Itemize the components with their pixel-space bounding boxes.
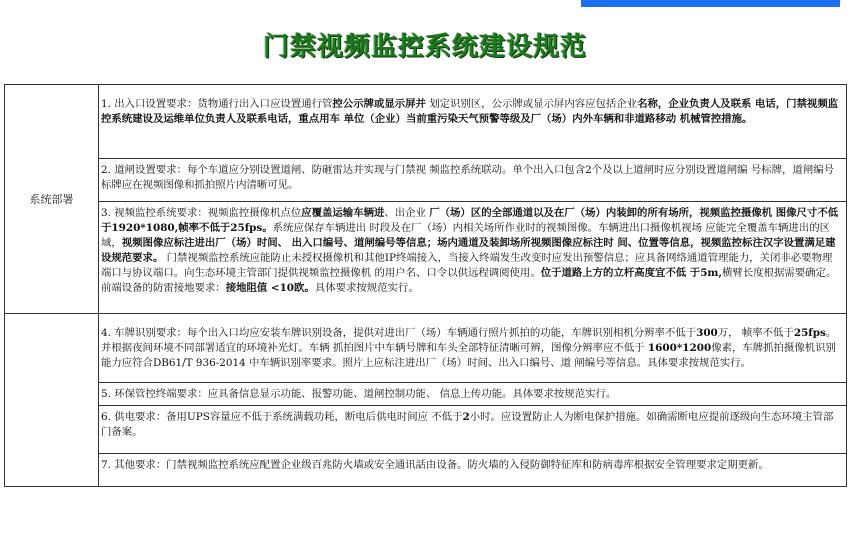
requirement-cell: 3. 视频监控系统要求：视频监控摄像机点位应覆盖运输车辆进、出企业 厂（场）区的… <box>99 202 847 314</box>
requirement-cell: 5. 环保管控终端要求：应具备信息显示功能、报警功能、道闸控制功能、 信息上传功… <box>99 383 847 406</box>
requirement-text: 、出企业 <box>384 207 429 219</box>
requirement-text: 具体要求按规范实行。 <box>315 282 419 294</box>
table-row: 3. 视频监控系统要求：视频监控摄像机点位应覆盖运输车辆进、出企业 厂（场）区的… <box>5 202 847 314</box>
requirement-text: 25fps <box>794 327 826 339</box>
requirement-text: 2 <box>463 411 470 423</box>
requirement-text: 划定识别区，公示牌或显示屏内容应包括企业 <box>426 98 637 110</box>
table-row: 7. 其他要求：门禁视频监控系统应配置企业级百兆防火墙或安全通讯話由设备。防火墙… <box>5 454 847 487</box>
requirement-text: 位于道路上方的立杆高度宜不低 于5m, <box>541 267 722 279</box>
requirement-text: 300 <box>696 327 718 339</box>
requirement-cell: 4. 车牌识别要求：每个出入口均应安装车牌识别设备，提供对进出厂（场）车辆通行照… <box>99 314 847 383</box>
table-row: 4. 车牌识别要求：每个出入口均应安装车牌识别设备，提供对进出厂（场）车辆通行照… <box>5 314 847 383</box>
table-row: 2. 道闸设置要求：每个车道应分别设置道闸、防砸雷达并实现与门禁视 频监控系统联… <box>5 159 847 202</box>
requirement-text: 7. 其他要求：门禁视频监控系统应配置企业级百兆防火墙或安全通讯話由设备。防火墙… <box>101 459 769 471</box>
table-row: 5. 环保管控终端要求：应具备信息显示功能、报警功能、道闸控制功能、 信息上传功… <box>5 383 847 406</box>
requirement-text: 1. 出入口设置要求：货物通行出入口应设置通行管 <box>101 98 332 110</box>
requirement-cell: 1. 出入口设置要求：货物通行出入口应设置通行管控公示牌或显示屏并 划定识别区，… <box>99 85 847 159</box>
requirement-text: 6. 供电要求：备用UPS容量应不低于系统满载功耗，断电后供电时间应 不低于 <box>101 411 463 423</box>
requirement-text: 1600*1200 <box>648 342 711 354</box>
requirement-text: 万， 帧率不低于 <box>718 327 794 339</box>
category-cell <box>5 314 99 487</box>
spec-table: 系统部署 1. 出入口设置要求：货物通行出入口应设置通行管控公示牌或显示屏并 划… <box>4 84 847 487</box>
requirement-cell: 2. 道闸设置要求：每个车道应分别设置道闸、防砸雷达并实现与门禁视 频监控系统联… <box>99 159 847 202</box>
requirement-text: 控公示牌或显示屏并 <box>332 98 426 110</box>
requirement-text: 4. 车牌识别要求：每个出入口均应安装车牌识别设备，提供对进出厂（场）车辆通行照… <box>101 327 696 339</box>
top-accent-bar <box>581 0 840 7</box>
category-cell: 系统部署 <box>5 85 99 314</box>
requirement-cell: 7. 其他要求：门禁视频监控系统应配置企业级百兆防火墙或安全通讯話由设备。防火墙… <box>99 454 847 487</box>
requirement-text: 接地阻值 <10欧。 <box>226 282 315 294</box>
table-row: 6. 供电要求：备用UPS容量应不低于系统满载功耗，断电后供电时间应 不低于2小… <box>5 406 847 454</box>
requirement-cell: 6. 供电要求：备用UPS容量应不低于系统满载功耗，断电后供电时间应 不低于2小… <box>99 406 847 454</box>
requirement-text: 3. 视频监控系统要求：视频监控摄像机点位 <box>101 207 301 219</box>
requirement-text: 5. 环保管控终端要求：应具备信息显示功能、报警功能、道闸控制功能、 信息上传功… <box>101 388 616 400</box>
requirement-text: 2. 道闸设置要求：每个车道应分别设置道闸、防砸雷达并实现与门禁视 频监控系统联… <box>101 164 834 191</box>
page-title: 门禁视频监控系统建设规范 <box>0 30 850 64</box>
table-row: 系统部署 1. 出入口设置要求：货物通行出入口应设置通行管控公示牌或显示屏并 划… <box>5 85 847 159</box>
requirement-text: 应覆盖运输车辆进 <box>301 207 384 219</box>
